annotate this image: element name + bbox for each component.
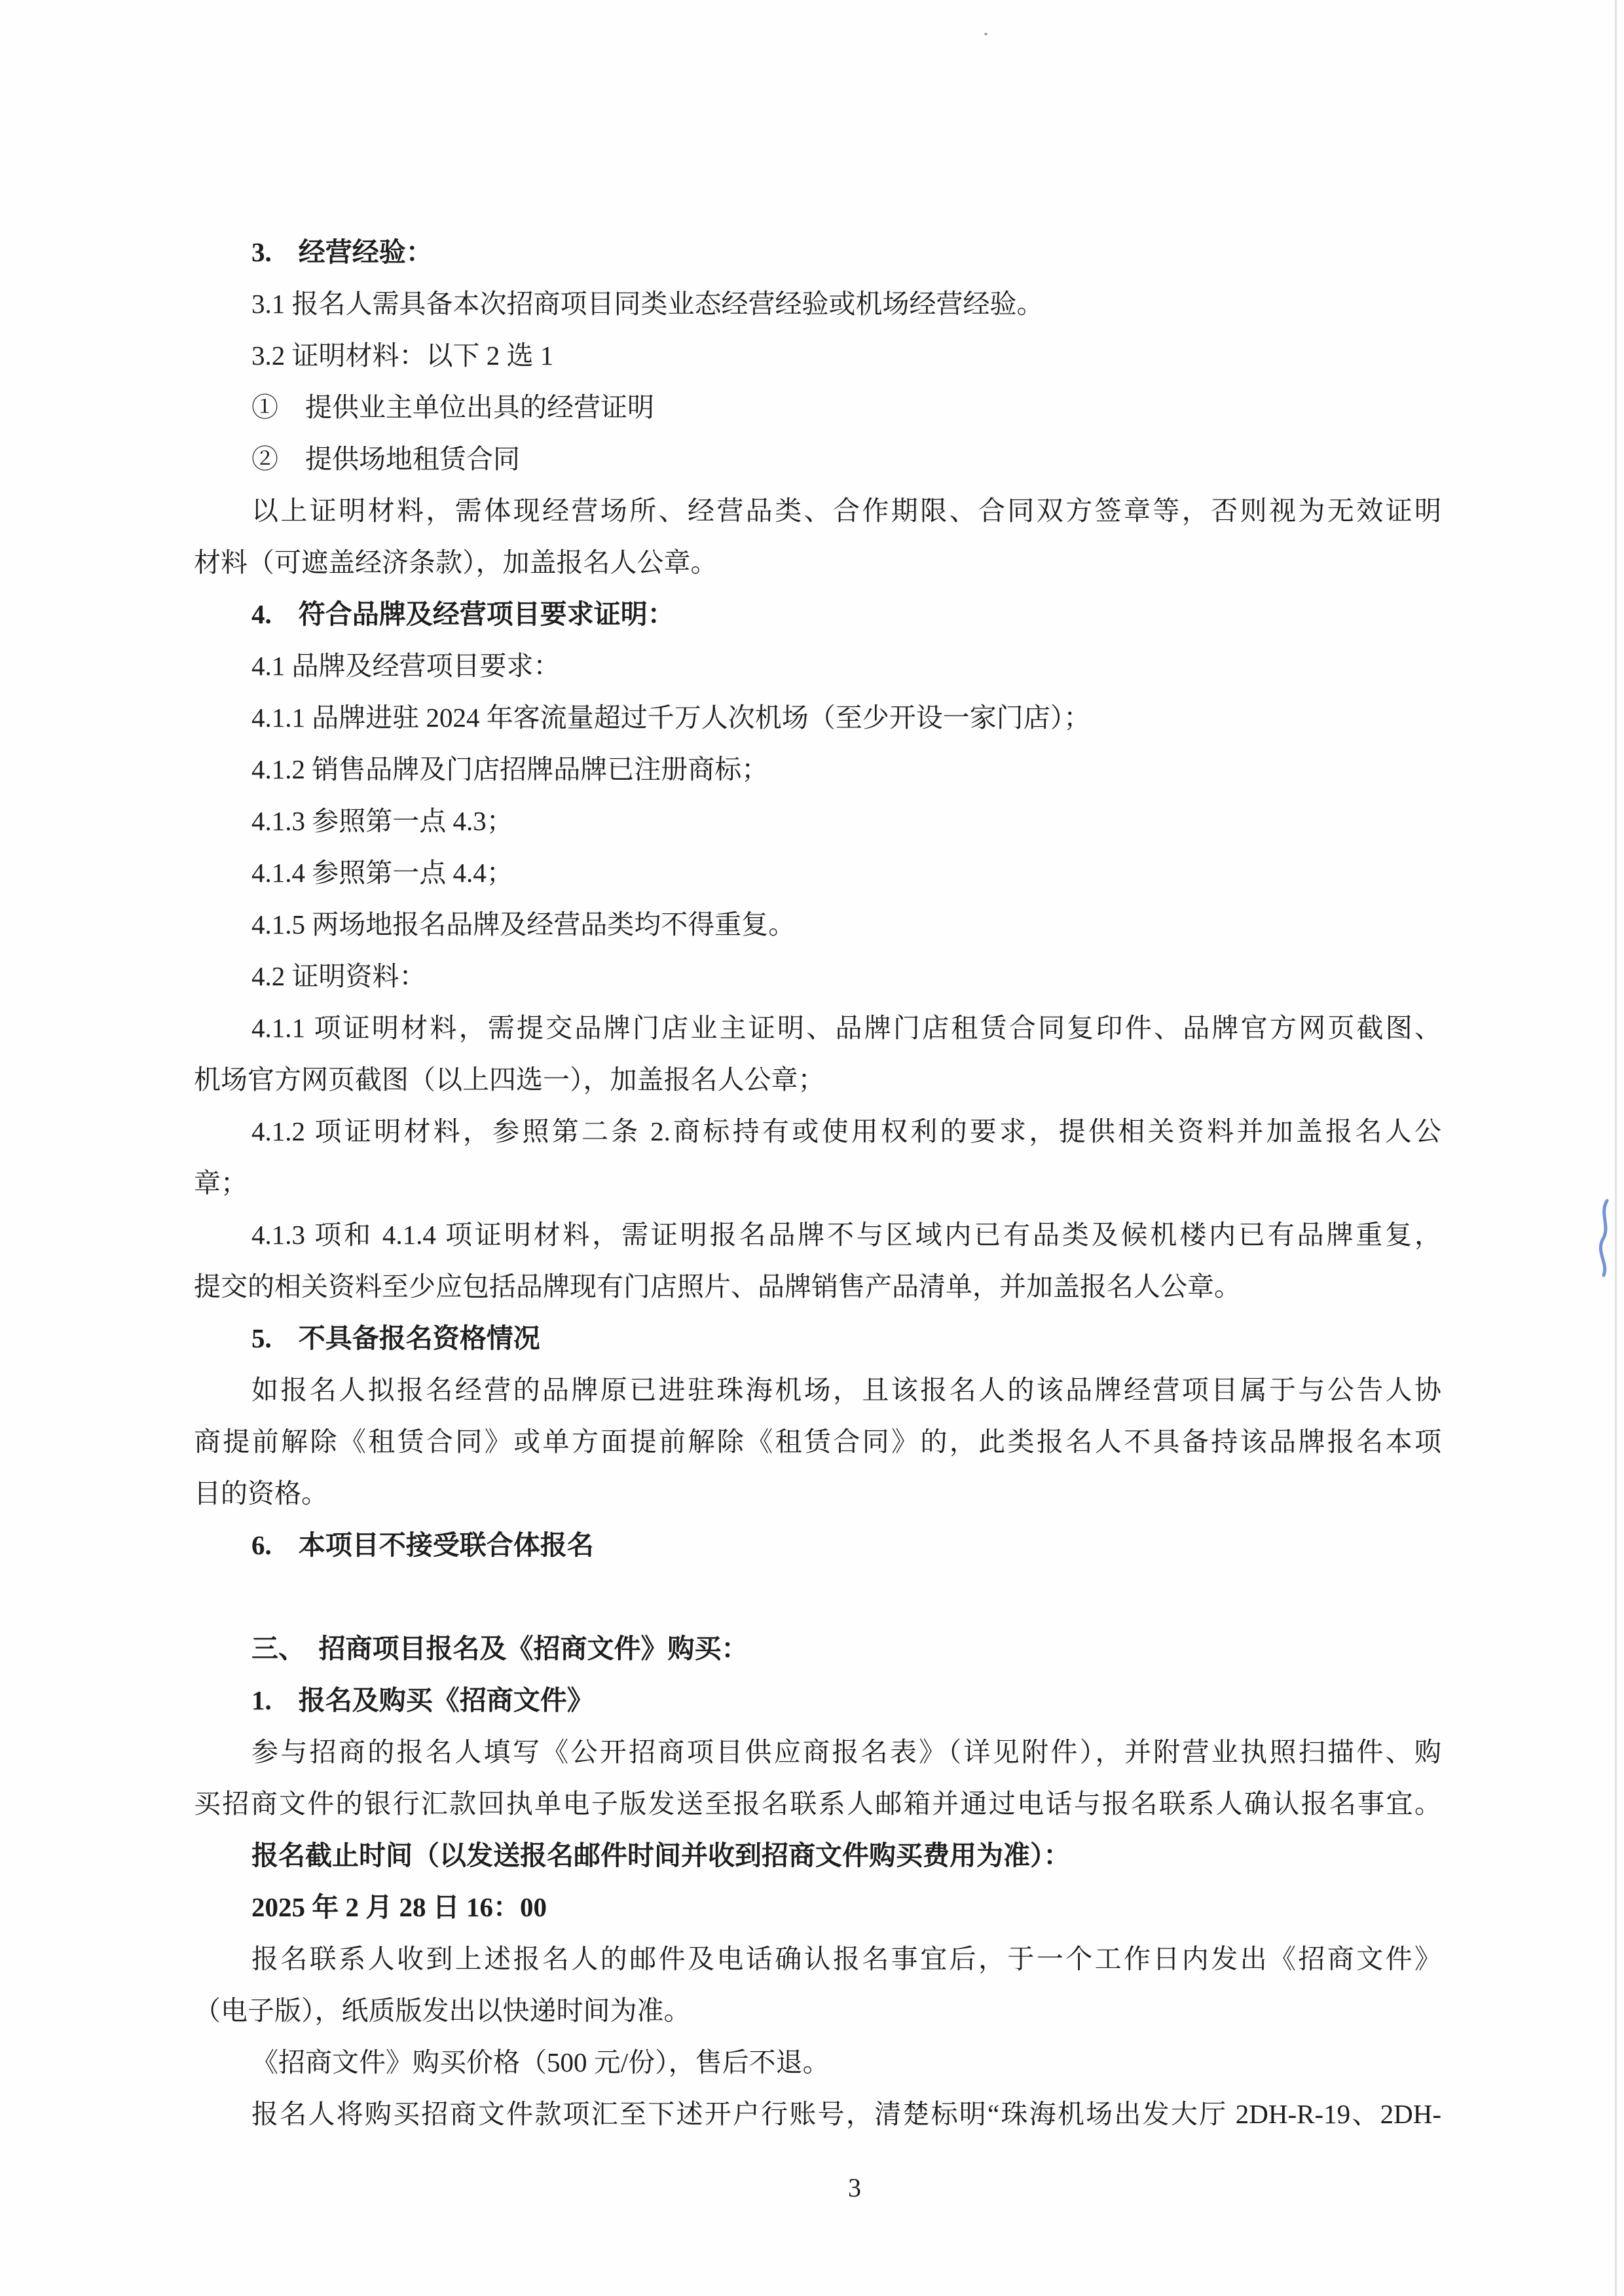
text-line: 4.1.2 销售品牌及门店招牌品牌已注册商标；	[194, 744, 1441, 795]
text-line: 报名联系人收到上述报名人的邮件及电话确认报名事宜后，于一个工作日内发出《招商文件…	[194, 1933, 1441, 1985]
text-line: 3.1 报名人需具备本次招商项目同类业态经营经验或机场经营经验。	[194, 278, 1441, 330]
text-line: ② 提供场地租赁合同	[194, 433, 1441, 485]
blank-line	[194, 1571, 1441, 1623]
text-line: 1. 报名及购买《招商文件》	[194, 1675, 1441, 1726]
text-line: 机场官方网页截图（以上四选一），加盖报名人公章；	[194, 1054, 1441, 1106]
text-line: 商提前解除《租赁合同》或单方面提前解除《租赁合同》的，此类报名人不具备持该品牌报…	[194, 1416, 1441, 1468]
text-line: 《招商文件》购买价格（500 元/份），售后不退。	[194, 2037, 1441, 2088]
text-line: 报名截止时间（以发送报名邮件时间并收到招商文件购买费用为准）：	[194, 1830, 1441, 1882]
text-line: 4. 符合品牌及经营项目要求证明：	[194, 589, 1441, 640]
text-line: 4.1 品牌及经营项目要求：	[194, 640, 1441, 692]
text-line: 4.1.1 项证明材料，需提交品牌门店业主证明、品牌门店租赁合同复印件、品牌官方…	[194, 1002, 1441, 1054]
text-line: 4.2 证明资料：	[194, 951, 1441, 1002]
text-line: ① 提供业主单位出具的经营证明	[194, 382, 1441, 433]
text-line: 4.1.4 参照第一点 4.4；	[194, 847, 1441, 899]
text-line: 4.1.3 项和 4.1.4 项证明材料，需证明报名品牌不与区域内已有品类及候机…	[194, 1209, 1441, 1261]
text-line: 3.2 证明材料：以下 2 选 1	[194, 330, 1441, 382]
text-line: 章；	[194, 1157, 1441, 1209]
text-line: 以上证明材料，需体现经营场所、经营品类、合作期限、合同双方签章等，否则视为无效证…	[194, 485, 1441, 537]
text-line: 参与招商的报名人填写《公开招商项目供应商报名表》（详见附件），并附营业执照扫描件…	[194, 1726, 1441, 1778]
text-line: 买招商文件的银行汇款回执单电子版发送至报名联系人邮箱并通过电话与报名联系人确认报…	[194, 1778, 1441, 1830]
scanned-document-page: 3. 经营经验：3.1 报名人需具备本次招商项目同类业态经营经验或机场经营经验。…	[0, 0, 1624, 2296]
text-line: 4.1.5 两场地报名品牌及经营品类均不得重复。	[194, 899, 1441, 951]
text-line: （电子版），纸质版发出以快递时间为准。	[194, 1985, 1441, 2037]
text-block: 3. 经营经验：3.1 报名人需具备本次招商项目同类业态经营经验或机场经营经验。…	[194, 227, 1441, 2140]
page-number: 3	[0, 2172, 1624, 2203]
text-line: 4.1.3 参照第一点 4.3；	[194, 795, 1441, 847]
text-line: 4.1.1 品牌进驻 2024 年客流量超过千万人次机场（至少开设一家门店）；	[194, 692, 1441, 744]
text-line: 目的资格。	[194, 1468, 1441, 1520]
text-line: 5. 不具备报名资格情况	[194, 1313, 1441, 1364]
text-line: 报名人将购买招商文件款项汇至下述开户行账号，清楚标明“珠海机场出发大厅 2DH-…	[194, 2088, 1441, 2140]
text-line: 3. 经营经验：	[194, 227, 1441, 278]
blue-ink-mark	[1593, 1198, 1614, 1278]
text-line: 材料（可遮盖经济条款），加盖报名人公章。	[194, 537, 1441, 589]
scan-edge-line	[1615, 0, 1617, 2296]
dust-speck	[984, 33, 987, 35]
text-line: 如报名人拟报名经营的品牌原已进驻珠海机场，且该报名人的该品牌经营项目属于与公告人…	[194, 1364, 1441, 1416]
text-line: 6. 本项目不接受联合体报名	[194, 1520, 1441, 1571]
text-line: 提交的相关资料至少应包括品牌现有门店照片、品牌销售产品清单，并加盖报名人公章。	[194, 1261, 1441, 1313]
text-line: 2025 年 2 月 28 日 16：00	[194, 1882, 1441, 1933]
text-line: 4.1.2 项证明材料，参照第二条 2.商标持有或使用权利的要求，提供相关资料并…	[194, 1106, 1441, 1157]
text-line: 三、 招商项目报名及《招商文件》购买：	[194, 1623, 1441, 1675]
